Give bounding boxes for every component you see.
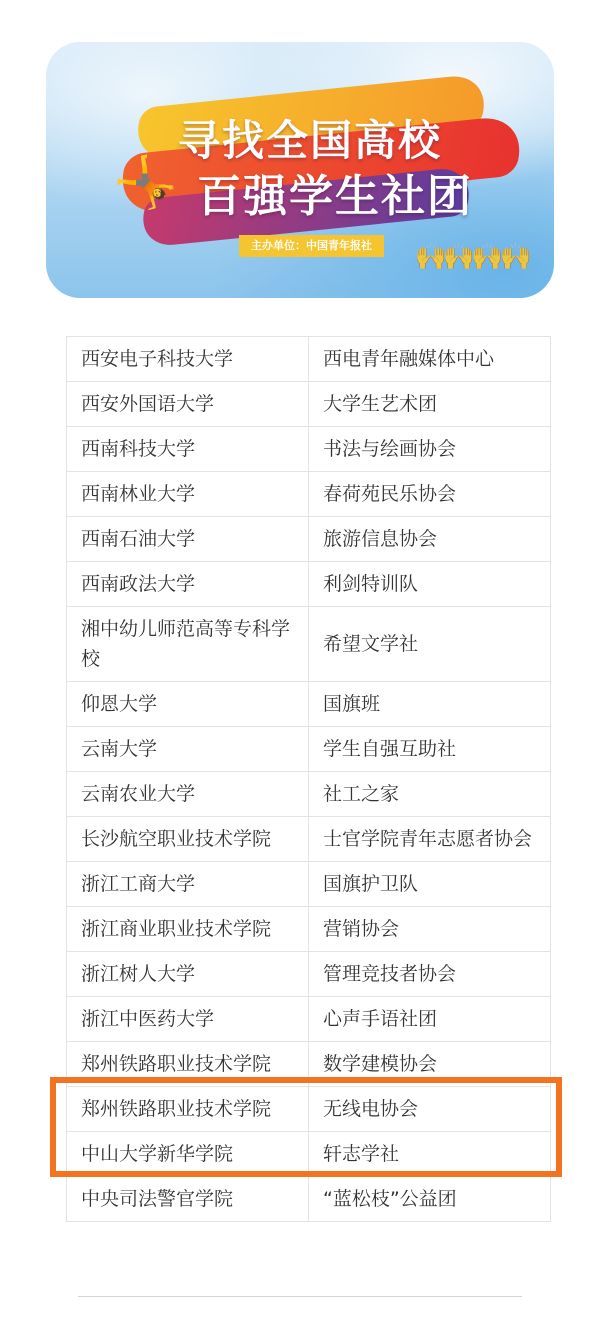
club-cell: 心声手语社团: [309, 997, 551, 1042]
school-cell: 西安电子科技大学: [67, 337, 309, 382]
table-row: 西南政法大学利剑特训队: [67, 562, 551, 607]
table-row: 西安外国语大学大学生艺术团: [67, 382, 551, 427]
table-row: 仰恩大学国旗班: [67, 682, 551, 727]
school-cell: 长沙航空职业技术学院: [67, 817, 309, 862]
table-row: 云南农业大学社工之家: [67, 772, 551, 817]
table-row: 西安电子科技大学西电青年融媒体中心: [67, 337, 551, 382]
banner-image: 🤸 寻找全国高校 百强学生社团 主办单位：中国青年报社 🙌🙌🙌🙌: [46, 42, 554, 298]
school-cell: 中央司法警官学院: [67, 1177, 309, 1222]
school-cell: 云南农业大学: [67, 772, 309, 817]
table-row: 湘中幼儿师范高等专科学校希望文学社: [67, 607, 551, 682]
school-cell: 西南石油大学: [67, 517, 309, 562]
club-cell: 旅游信息协会: [309, 517, 551, 562]
school-cell: 湘中幼儿师范高等专科学校: [67, 607, 309, 682]
club-cell: 社工之家: [309, 772, 551, 817]
table-row: 西南林业大学春荷苑民乐协会: [67, 472, 551, 517]
school-cell: 仰恩大学: [67, 682, 309, 727]
table-row: 西南石油大学旅游信息协会: [67, 517, 551, 562]
school-cell: 西南科技大学: [67, 427, 309, 472]
school-cell: 浙江中医药大学: [67, 997, 309, 1042]
school-cell: 浙江树人大学: [67, 952, 309, 997]
school-cell: 西南林业大学: [67, 472, 309, 517]
table-row: 西南科技大学书法与绘画协会: [67, 427, 551, 472]
crowd-silhouette-icon: 🙌🙌🙌🙌: [415, 242, 529, 272]
school-cell: 浙江商业职业技术学院: [67, 907, 309, 952]
club-cell: 管理竞技者协会: [309, 952, 551, 997]
table-row: 浙江树人大学管理竞技者协会: [67, 952, 551, 997]
club-cell: “蓝松枝”公益团: [309, 1177, 551, 1222]
club-cell: 春荷苑民乐协会: [309, 472, 551, 517]
school-cell: 云南大学: [67, 727, 309, 772]
highlight-box: [50, 1077, 562, 1177]
table-row: 浙江商业职业技术学院营销协会: [67, 907, 551, 952]
table-row: 浙江工商大学国旗护卫队: [67, 862, 551, 907]
club-cell: 国旗护卫队: [309, 862, 551, 907]
banner-title-line2: 百强学生社团: [46, 160, 554, 224]
table-row: 中央司法警官学院“蓝松枝”公益团: [67, 1177, 551, 1222]
club-cell: 营销协会: [309, 907, 551, 952]
school-cell: 浙江工商大学: [67, 862, 309, 907]
table-row: 长沙航空职业技术学院士官学院青年志愿者协会: [67, 817, 551, 862]
club-cell: 学生自强互助社: [309, 727, 551, 772]
club-cell: 希望文学社: [309, 607, 551, 682]
banner-title-line1: 寻找全国高校: [46, 108, 554, 168]
club-cell: 书法与绘画协会: [309, 427, 551, 472]
club-cell: 国旗班: [309, 682, 551, 727]
organizer-label: 主办单位：中国青年报社: [239, 235, 384, 257]
club-cell: 大学生艺术团: [309, 382, 551, 427]
table-row: 云南大学学生自强互助社: [67, 727, 551, 772]
club-cell: 利剑特训队: [309, 562, 551, 607]
divider: [78, 1296, 522, 1297]
club-cell: 士官学院青年志愿者协会: [309, 817, 551, 862]
club-cell: 西电青年融媒体中心: [309, 337, 551, 382]
table-row: 浙江中医药大学心声手语社团: [67, 997, 551, 1042]
school-cell: 西安外国语大学: [67, 382, 309, 427]
school-cell: 西南政法大学: [67, 562, 309, 607]
